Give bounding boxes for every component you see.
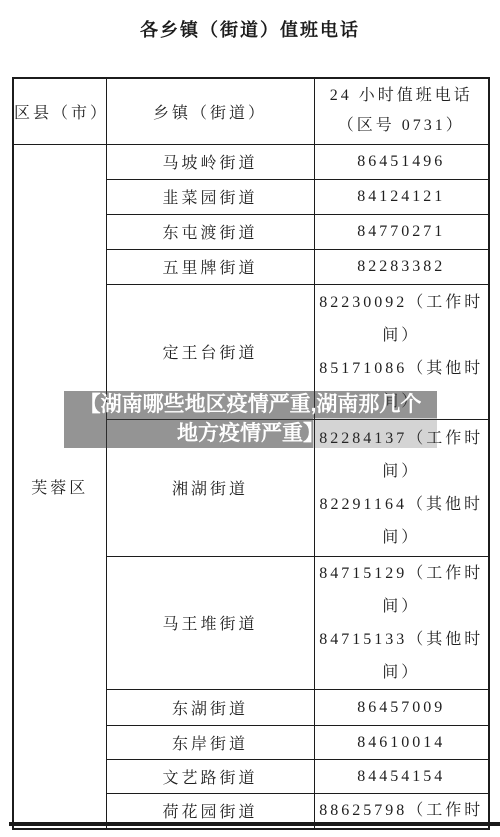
phone-line: 间） — [315, 319, 489, 352]
district-cell: 芙蓉区 — [13, 144, 106, 829]
phone-line: 84715129（工作时 — [315, 557, 489, 590]
phone-cell: 86457009 — [314, 689, 489, 725]
phone-cell: 84610014 — [314, 725, 489, 759]
header-street: 乡镇（街道） — [106, 78, 314, 144]
phone-line: 84454154 — [315, 760, 489, 793]
phone-line: 82291164（其他时 — [315, 488, 489, 521]
phone-line: 86457009 — [315, 691, 489, 724]
table-row: 芙蓉区马坡岭街道86451496 — [13, 144, 489, 179]
street-cell: 韭菜园街道 — [106, 179, 314, 214]
street-cell: 文艺路街道 — [106, 759, 314, 793]
watermark-line-1: 【湖南哪些地区疫情严重,湖南那几个 — [64, 390, 437, 419]
table-header-row: 区县（市） 乡镇（街道） 24 小时值班电话 （区号 0731） — [13, 78, 489, 144]
phone-cell: 82283382 — [314, 249, 489, 284]
document-image: 各乡镇（街道）值班电话 区县（市） 乡镇（街道） 24 小时值班电话 （区号 0… — [0, 0, 500, 837]
street-cell: 东湖街道 — [106, 689, 314, 725]
image-bottom-edge — [9, 822, 500, 826]
phone-line: 82283382 — [315, 250, 489, 283]
phone-cell: 84454154 — [314, 759, 489, 793]
phone-line: 85171086（其他时 — [315, 352, 489, 385]
street-cell: 马王堆街道 — [106, 556, 314, 689]
watermark-overlay: 【湖南哪些地区疫情严重,湖南那几个 地方疫情严重】 — [64, 390, 437, 448]
phone-cell: 84770271 — [314, 214, 489, 249]
page-title: 各乡镇（街道）值班电话 — [0, 16, 500, 42]
phone-cell: 84715129（工作时间）84715133（其他时间） — [314, 556, 489, 689]
phone-line: 84610014 — [315, 726, 489, 759]
street-cell: 东岸街道 — [106, 725, 314, 759]
street-cell: 五里牌街道 — [106, 249, 314, 284]
street-cell: 马坡岭街道 — [106, 144, 314, 179]
phone-line: 82230092（工作时 — [315, 286, 489, 319]
header-region: 区县（市） — [13, 78, 106, 144]
phone-line: 间） — [315, 656, 489, 689]
phone-line: 86451496 — [315, 145, 489, 178]
phone-line: 84770271 — [315, 215, 489, 248]
header-phone-line2: （区号 0731） — [315, 111, 489, 141]
duty-phone-table: 区县（市） 乡镇（街道） 24 小时值班电话 （区号 0731） 芙蓉区马坡岭街… — [12, 77, 490, 830]
phone-line: 间） — [315, 521, 489, 554]
header-phone: 24 小时值班电话 （区号 0731） — [314, 78, 489, 144]
street-cell: 东屯渡街道 — [106, 214, 314, 249]
phone-cell: 84124121 — [314, 179, 489, 214]
phone-line: 84715133（其他时 — [315, 623, 489, 656]
phone-line: 84124121 — [315, 180, 489, 213]
watermark-line-2: 地方疫情严重】 — [64, 419, 437, 448]
phone-line: 间） — [315, 455, 489, 488]
phone-cell: 86451496 — [314, 144, 489, 179]
phone-line: 间） — [315, 590, 489, 623]
header-phone-line1: 24 小时值班电话 — [315, 81, 489, 111]
